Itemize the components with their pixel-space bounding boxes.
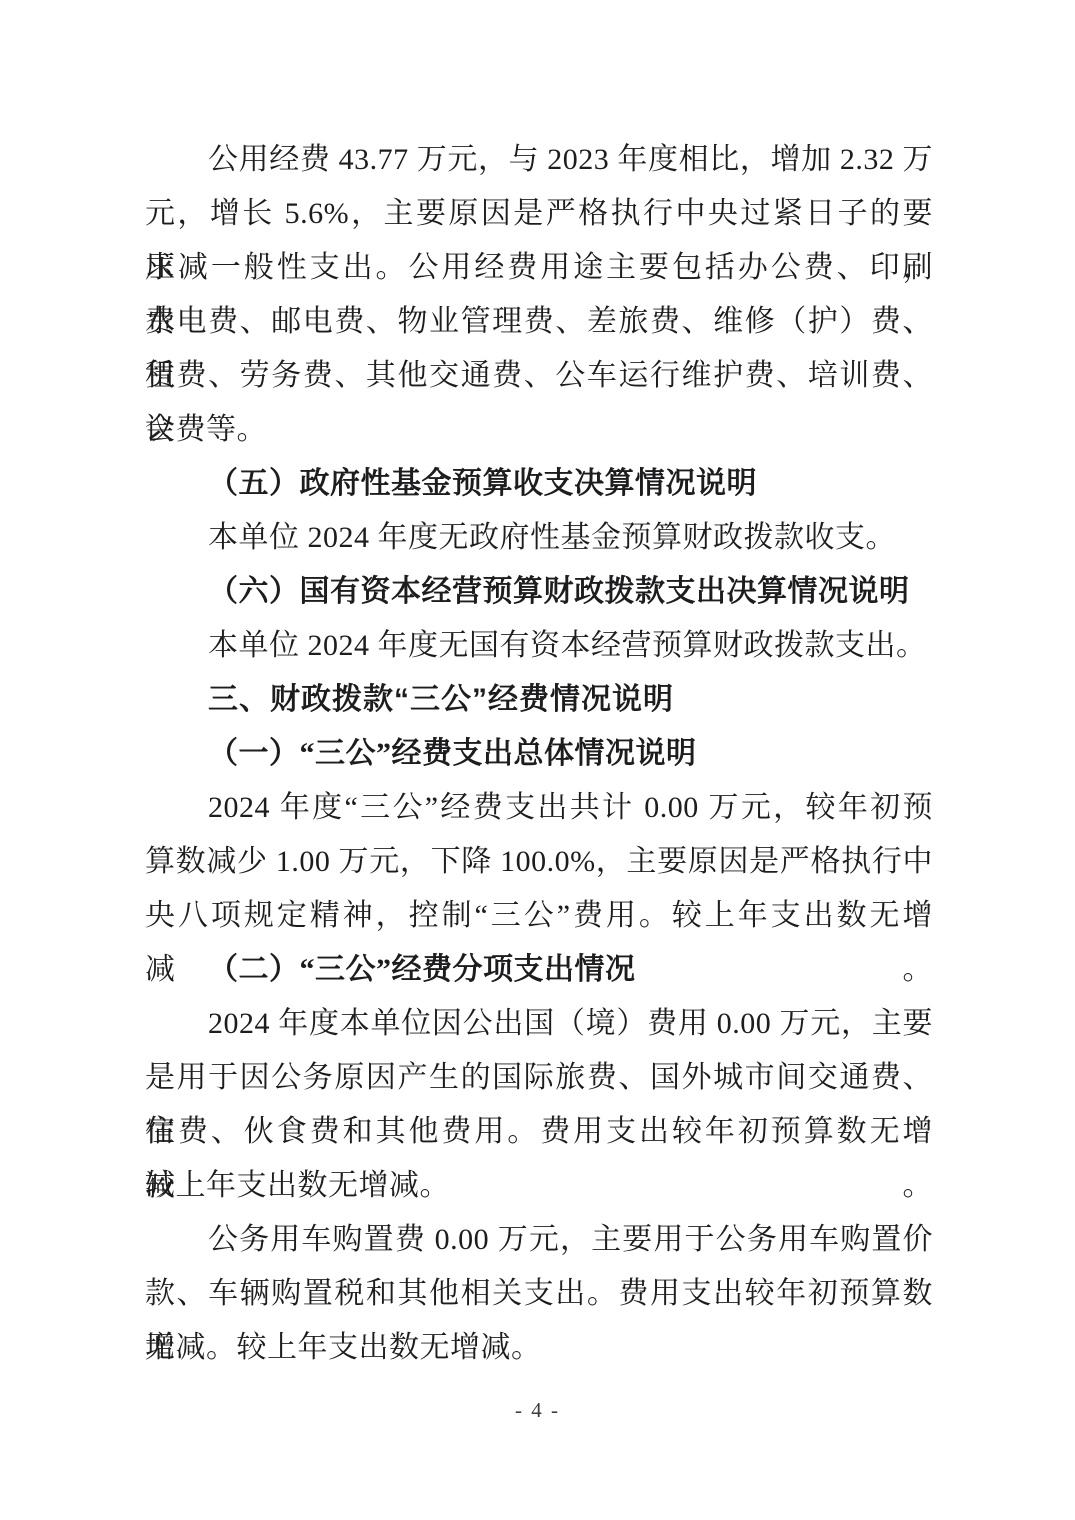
paragraph-state-capital: 本单位 2024 年度无国有资本经营预算财政拨款支出。 [145, 619, 933, 673]
text-line: 是用于因公务原因产生的国际旅费、国外城市间交通费、住 [145, 1051, 933, 1105]
text-line: 增减。较上年支出数无增减。 [145, 1321, 933, 1375]
heading-section-1: （一）“三公”经费支出总体情况说明 [145, 727, 933, 781]
text-line: 央八项规定精神，控制“三公”费用。较上年支出数无增减。 [145, 889, 933, 943]
text-line: 压减一般性支出。公用经费用途主要包括办公费、印刷费、 [145, 241, 933, 295]
text-line: （五）政府性基金预算收支决算情况说明 [145, 457, 933, 511]
text-line: 赁费、劳务费、其他交通费、公车运行维护费、培训费、会 [145, 349, 933, 403]
paragraph-gov-fund: 本单位 2024 年度无政府性基金预算财政拨款收支。 [145, 511, 933, 565]
text-line: 三、财政拨款“三公”经费情况说明 [145, 673, 933, 727]
text-line: 议费等。 [145, 403, 933, 457]
text-line: 公用经费 43.77 万元，与 2023 年度相比，增加 2.32 万 [145, 133, 933, 187]
paragraph-vehicle-purchase: 公务用车购置费 0.00 万元，主要用于公务用车购置价款、车辆购置税和其他相关支… [145, 1213, 933, 1375]
paragraph-three-public-total: 2024 年度“三公”经费支出共计 0.00 万元，较年初预算数减少 1.00 … [145, 781, 933, 943]
text-line: （一）“三公”经费支出总体情况说明 [145, 727, 933, 781]
text-line: 算数减少 1.00 万元，下降 100.0%，主要原因是严格执行中 [145, 835, 933, 889]
page-number: - 4 - [515, 1398, 560, 1422]
paragraph-public-expense: 公用经费 43.77 万元，与 2023 年度相比，增加 2.32 万元，增长 … [145, 133, 933, 457]
page-footer: - 4 - [0, 1398, 1075, 1423]
text-line: 本单位 2024 年度无国有资本经营预算财政拨款支出。 [145, 619, 933, 673]
document-body: 公用经费 43.77 万元，与 2023 年度相比，增加 2.32 万元，增长 … [145, 133, 933, 1375]
text-line: 公务用车购置费 0.00 万元，主要用于公务用车购置价 [145, 1213, 933, 1267]
text-line: 元，增长 5.6%，主要原因是严格执行中央过紧日子的要求， [145, 187, 933, 241]
heading-section-5: （五）政府性基金预算收支决算情况说明 [145, 457, 933, 511]
text-line: 款、车辆购置税和其他相关支出。费用支出较年初预算数无 [145, 1267, 933, 1321]
text-line: 2024 年度“三公”经费支出共计 0.00 万元，较年初预 [145, 781, 933, 835]
text-line: 本单位 2024 年度无政府性基金预算财政拨款收支。 [145, 511, 933, 565]
document-page: 公用经费 43.77 万元，与 2023 年度相比，增加 2.32 万元，增长 … [0, 0, 1075, 1520]
heading-chapter-3: 三、财政拨款“三公”经费情况说明 [145, 673, 933, 727]
paragraph-abroad-expense: 2024 年度本单位因公出国（境）费用 0.00 万元，主要是用于因公务原因产生… [145, 997, 933, 1213]
text-line: （六）国有资本经营预算财政拨款支出决算情况说明 [145, 565, 933, 619]
text-line: 水电费、邮电费、物业管理费、差旅费、维修（护）费、租 [145, 295, 933, 349]
text-line: 宿费、伙食费和其他费用。费用支出较年初预算数无增减。 [145, 1105, 933, 1159]
heading-section-6: （六）国有资本经营预算财政拨款支出决算情况说明 [145, 565, 933, 619]
text-line: 2024 年度本单位因公出国（境）费用 0.00 万元，主要 [145, 997, 933, 1051]
